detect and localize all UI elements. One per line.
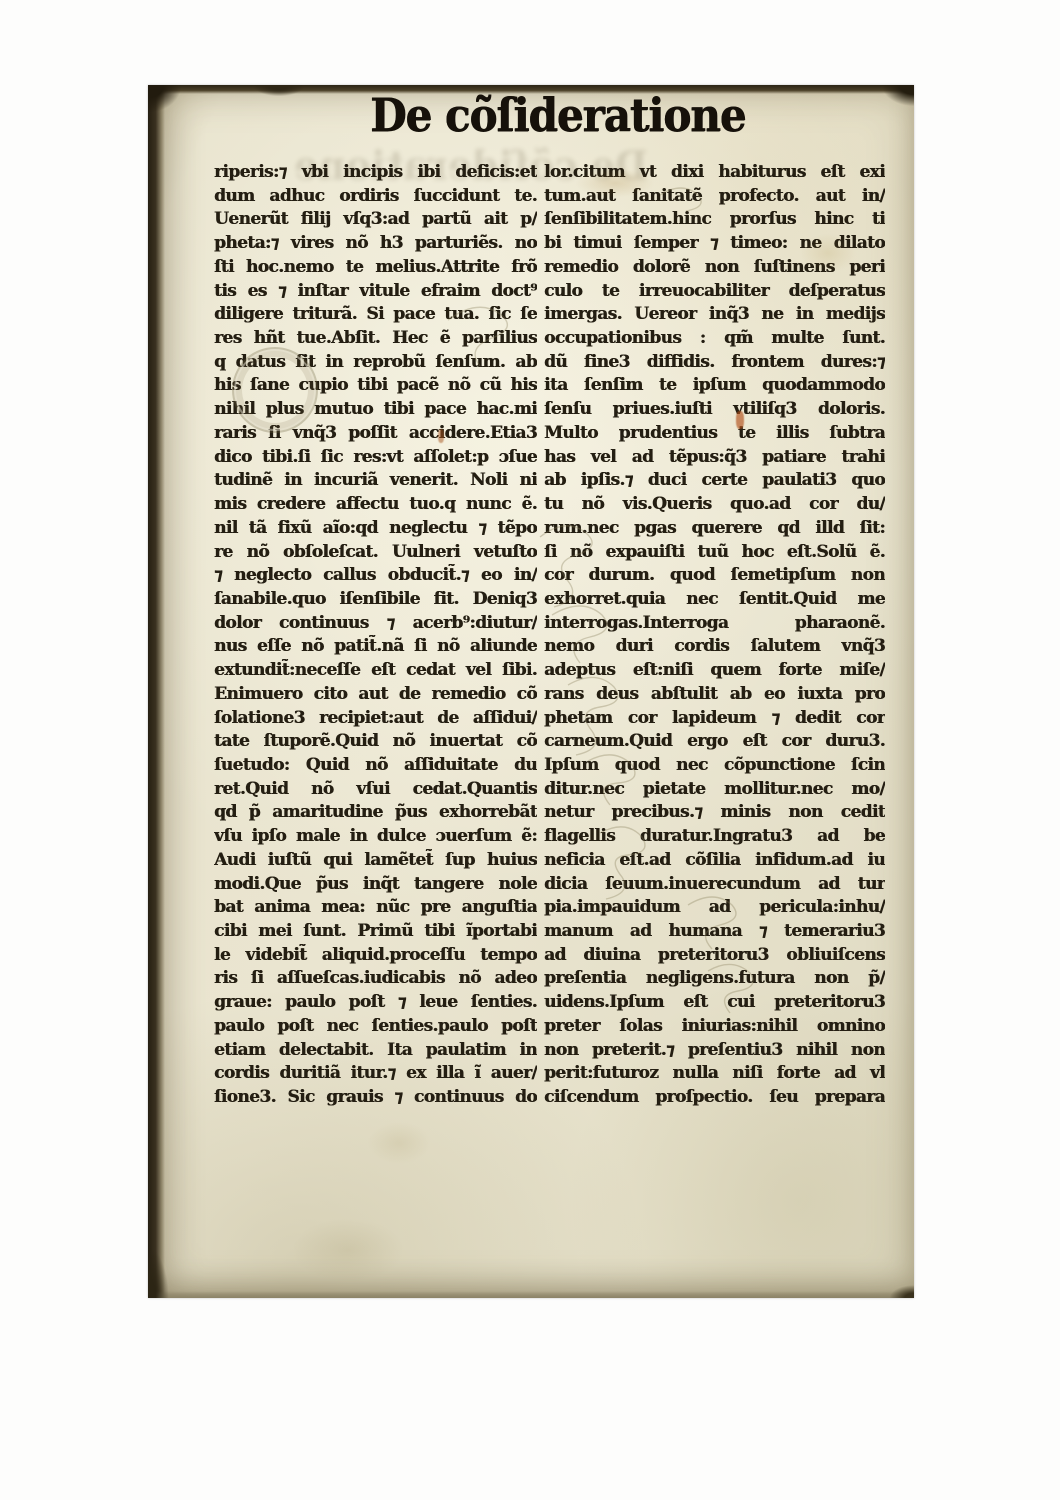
text-line: occupationibus : qm̃ multe ſunt. (544, 327, 885, 351)
text-line: Multo prudentius te illis ſubtra (544, 422, 885, 446)
text-line: rans deus abſtulit ab eo iuxta pro (544, 683, 885, 707)
text-line: pia.impauidum ad pericula:inhu/ (544, 896, 885, 920)
text-line: imergas. Uereor inq̃3 ne in medijs (544, 303, 885, 327)
text-line: non preterit.⁊ preſentiu3 nihil non (544, 1039, 885, 1063)
page-corner-bottom-right (880, 1280, 914, 1298)
text-line: Uenerũt filij vſq3:ad partũ ait p/ (214, 208, 537, 232)
text-line: dolor continuus ⁊ acerb⁹:diutur/ (214, 612, 537, 636)
text-line: ſenſibilitatem.hinc prorſus hinc ti (544, 208, 885, 232)
text-line: carneum.Quid ergo eſt cor duru3. (544, 730, 885, 754)
text-line: le videbit̃ aliquid.proceſſu tempo (214, 944, 537, 968)
text-line: dico tibi.ſi ſic res:vt aſſolet:p ɔſue (214, 446, 537, 470)
text-line: Audi iuſtũ qui lamẽtet̃ ſup huius (214, 849, 537, 873)
text-line: netur precibus.⁊ minis non cedit (544, 801, 885, 825)
text-line: ſi nõ expauiſti tuũ hoc eſt.Solũ ẽ. (544, 541, 885, 565)
text-line: phetam cor lapideum ⁊ dedit cor (544, 707, 885, 731)
text-line: ris ſi aſſueſcas.iudicabis nõ adeo (214, 967, 537, 991)
embossed-stamp (232, 347, 318, 433)
text-line: riperis:⁊ vbi incipis ibi deficis:et (214, 161, 537, 185)
text-line: bat anima mea: nũc pre anguſtia (214, 896, 537, 920)
text-line: neficia eſt.ad cõſilia infidum.ad iu (544, 849, 885, 873)
text-line: preter ſolas iniurias:nihil omnino (544, 1015, 885, 1039)
text-line: tum.aut ſanitatẽ profecto. aut in/ (544, 185, 885, 209)
text-line: nemo duri cordis ſalutem vnq̃3 (544, 635, 885, 659)
scan-background: De cõſideratione De cõſideratione riperi… (0, 0, 1060, 1500)
page-edge-left-gutter (148, 85, 165, 1298)
text-line: ⁊ neglecto callus obducit̃.⁊ eo in/ (214, 564, 537, 588)
text-line: lor.citum vt dixi habiturus eſt exi (544, 161, 885, 185)
stain (354, 1113, 444, 1173)
text-line: paulo poſt nec ſenties.paulo poſt (214, 1015, 537, 1039)
text-line: remedio dolorẽ non ſuſtinens peri (544, 256, 885, 280)
page-corner-top-left (148, 85, 204, 131)
text-column-left: riperis:⁊ vbi incipis ibi deficis:etdum … (214, 161, 537, 1110)
text-line: ſti hoc.nemo te melius.Attrite frõ (214, 256, 537, 280)
text-line: pheta:⁊ vires nõ h3 parturiẽs. no (214, 232, 537, 256)
text-line: has vel ad tẽpus:q̃3 patiare trahi (544, 446, 885, 470)
text-line: ſanabile.quo iſenſibile fit. Deniq3 (214, 588, 537, 612)
text-line: tis es ⁊ inſtar vitule efraim doct⁹ (214, 280, 537, 304)
text-line: cibi mei ſunt. Primũ tibi ĩportabi (214, 920, 537, 944)
text-line: tudinẽ in incuriã venerit. Noli ni (214, 469, 537, 493)
text-line: dicia ſeuum.inuerecundum ad tur (544, 873, 885, 897)
text-line: extundit̃:neceſſe eſt cedat vel ſibi. (214, 659, 537, 683)
text-line: graue: paulo poſt ⁊ leue ſenties. (214, 991, 537, 1015)
text-line: manum ad humana ⁊ temerariu3 (544, 920, 885, 944)
text-line: res hñt tue.Abſit. Hec ẽ parſilius (214, 327, 537, 351)
text-line: preſentia negligens.futura non p̃/ (544, 967, 885, 991)
text-line: ad diuina preteritoru3 obliuiſcens (544, 944, 885, 968)
text-line: ditur.nec pietate mollitur.nec mo/ (544, 778, 885, 802)
text-line: mis credere affectu tuo.q nunc ẽ. (214, 493, 537, 517)
text-line: cor durum. quod ſemetipſum non (544, 564, 885, 588)
text-line: tu nõ vis.Queris quo.ad cor du/ (544, 493, 885, 517)
text-line: tate ſtuporẽ.Quid nõ inuertat cõ (214, 730, 537, 754)
text-line: adeptus eſt:niſi quem forte miſe/ (544, 659, 885, 683)
running-title: De cõſideratione (370, 89, 706, 142)
text-line: ſolatione3 recipiet:aut de aſſidui/ (214, 707, 537, 731)
text-line: exhorret.quia nec ſentit.Quid me (544, 588, 885, 612)
text-line: perit:futuroz nulla niſi forte ad vl (544, 1062, 885, 1086)
text-line: vſu ipſo male in dulce ɔuerſum ẽ: (214, 825, 537, 849)
text-line: modi.Que p̃us inq̃t tangere nole (214, 873, 537, 897)
text-line: rum.nec pgas querere qd illd ſit: (544, 517, 885, 541)
text-line: diligere triturã. Si pace tua. ſic ſe (214, 303, 537, 327)
text-line: ab ipſis.⁊ duci certe paulati3 quo (544, 469, 885, 493)
book-page: De cõſideratione De cõſideratione riperi… (148, 85, 914, 1298)
page-edge-top-bump (244, 85, 314, 100)
text-line: flagellis duratur.Ingratu3 ad be (544, 825, 885, 849)
text-line: Ipſum quod nec cõpunctione ſcin (544, 754, 885, 778)
text-line: dũ fine3 diffidis. frontem dures:⁊ (544, 351, 885, 375)
text-line: ſione3. Sic grauis ⁊ continuus do (214, 1086, 537, 1110)
page-corner-bottom-left (148, 1208, 174, 1298)
text-column-right: lor.citum vt dixi habiturus eſt exitum.a… (544, 161, 885, 1110)
text-line: ſenſu priues.iuſti vtiliſq3 doloris. (544, 398, 885, 422)
text-line: etiam delectabit. Ita paulatim in (214, 1039, 537, 1063)
text-line: culo te irreuocabiliter deſperatus (544, 280, 885, 304)
text-line: bi timui ſemper ⁊ timeo: ne dilato (544, 232, 885, 256)
text-line: cordis duritiã itur.⁊ ex illa ĩ auer/ (214, 1062, 537, 1086)
text-line: ſuetudo: Quid nõ aſſiduitate du (214, 754, 537, 778)
text-line: nus eſſe nõ patit̃.nã ſi nõ aliunde (214, 635, 537, 659)
text-line: re nõ obſoleſcat. Uulneri vetuſto (214, 541, 537, 565)
page-edge-bottom (156, 1291, 914, 1298)
text-line: Enimuero cito aut de remedio cõ (214, 683, 537, 707)
text-line: uidens.Ipſum eſt cui preteritoru3 (544, 991, 885, 1015)
text-line: qd p̃ amaritudine p̃us exhorrebãt (214, 801, 537, 825)
text-line: nil tã fixũ aĩo:qd neglectu ⁊ tẽpo (214, 517, 537, 541)
text-line: ret.Quid nõ vſui cedat.Quantis (214, 778, 537, 802)
stain (268, 1205, 428, 1295)
text-line: ita ſenſim te ipſum quodammodo (544, 374, 885, 398)
page-corner-top-right (868, 85, 914, 119)
text-line: ciſcendum proſpectio. ſeu prepara (544, 1086, 885, 1110)
text-line: interrogas.Interroga pharaonẽ. (544, 612, 885, 636)
text-line: dum adhuc ordiris ſuccidunt te. (214, 185, 537, 209)
